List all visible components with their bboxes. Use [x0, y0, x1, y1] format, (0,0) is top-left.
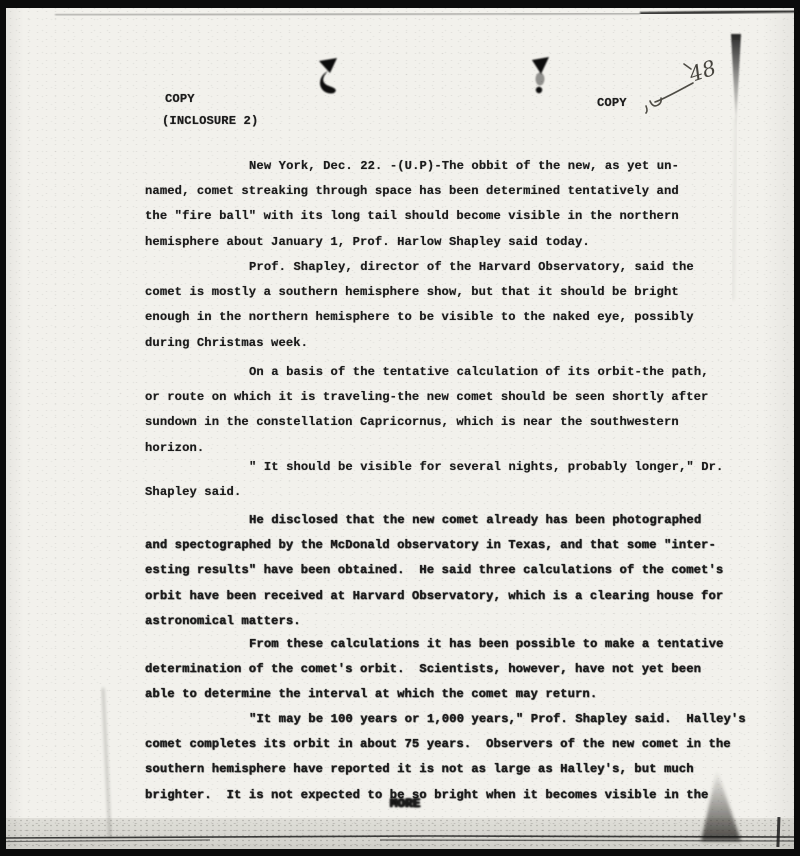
scanned-document-page: { "document": { "header": { "copy_left":… [0, 0, 800, 856]
scan-noise-band [6, 818, 794, 849]
paragraph-7: "It may be 100 years or 1,000 years," Pr… [145, 707, 746, 808]
paragraph-6: From these calculations it has been poss… [145, 632, 723, 708]
paragraph-3: On a basis of the tentative calculation … [145, 360, 709, 461]
paragraph-2: Prof. Shapley, director of the Harvard O… [145, 255, 694, 356]
paragraph-5: He disclosed that the new comet already … [145, 508, 723, 634]
continuation-marker: MORE [390, 797, 420, 811]
enclosure-label: (INCLOSURE 2) [162, 114, 258, 128]
copy-stamp-right: COPY [597, 96, 627, 110]
paragraph-1: New York, Dec. 22. -(U.P)-The obbit of t… [145, 154, 679, 255]
paragraph-4: " It should be visible for several night… [145, 455, 723, 505]
copy-stamp-left: COPY [165, 92, 195, 106]
